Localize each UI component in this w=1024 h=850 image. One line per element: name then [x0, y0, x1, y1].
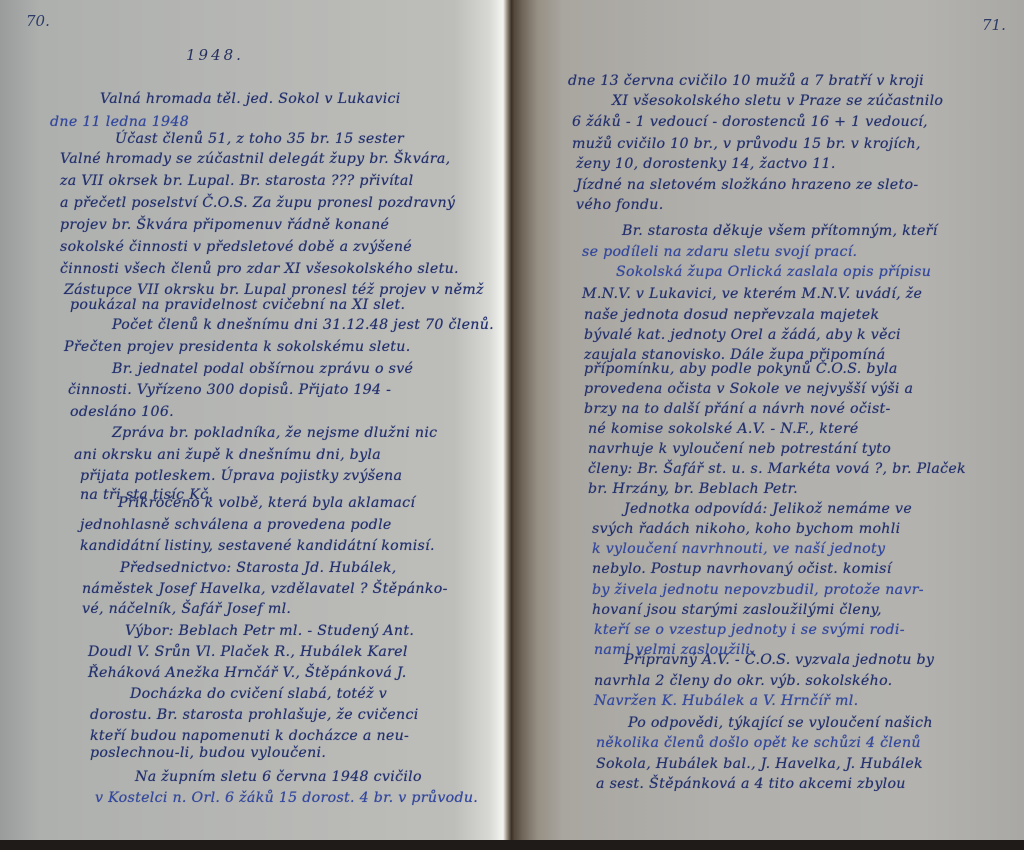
handwritten-line: Výbor: Beblach Petr ml. - Studený Ant. — [125, 622, 414, 640]
handwritten-line: Předsednictvo: Starosta Jd. Hubálek, — [120, 559, 397, 577]
handwritten-line: Sokolská župa Orlická zaslala opis přípi… — [616, 263, 931, 281]
handwritten-line: několika členů došlo opět ke schůzi 4 čl… — [596, 734, 921, 752]
left-page: 70. 1948. Valná hromada těl. jed. Sokol … — [0, 0, 505, 842]
handwritten-line: mužů cvičilo 10 br., v průvodu 15 br. v … — [572, 135, 921, 153]
handwritten-line: kandidátní listiny, sestavené kandidátní… — [80, 537, 435, 555]
handwritten-line: Na župním sletu 6 června 1948 cvičilo — [135, 768, 422, 786]
handwritten-line: né komise sokolské A.V. - N.F., které — [588, 420, 859, 438]
handwritten-line: brzy na to další přání a návrh nové očis… — [584, 400, 891, 418]
handwritten-line: poukázal na pravidelnost cvičební na XI … — [70, 296, 405, 314]
handwritten-line: k vyloučení navrhnouti, ve naší jednoty — [592, 540, 885, 558]
handwritten-line: Počet členů k dnešnímu dni 31.12.48 jest… — [112, 316, 494, 334]
handwritten-line: a přečetl poselství Č.O.S. Za župu prone… — [60, 194, 455, 212]
handwritten-line: Přikročeno k volbě, která byla aklamací — [118, 494, 415, 512]
handwritten-line: svých řadách nikoho, koho bychom mohli — [592, 520, 900, 538]
handwritten-line: projev br. Škvára připomenuv řádně konan… — [60, 216, 389, 234]
handwritten-line: Docházka do cvičení slabá, totéž v — [130, 685, 387, 703]
handwritten-line: přijata potleskem. Úprava pojistky zvýše… — [80, 467, 402, 485]
open-ledger-book: 70. 1948. Valná hromada těl. jed. Sokol … — [0, 0, 1024, 850]
handwritten-line: přípomínku, aby podle pokynů Č.O.S. byla — [584, 360, 898, 378]
page-number-left: 70. — [26, 12, 50, 30]
handwritten-line: vé, náčelník, Šafář Josef ml. — [82, 600, 291, 618]
handwritten-line: Br. jednatel podal obšírnou zprávu o své — [112, 360, 413, 378]
handwritten-line: sokolské činnosti v předsletové době a z… — [60, 238, 412, 256]
handwritten-line: v Kostelci n. Orl. 6 žáků 15 dorost. 4 b… — [95, 789, 478, 807]
handwritten-line: činnosti. Vyřízeno 300 dopisů. Přijato 1… — [68, 381, 391, 399]
handwritten-line: jednohlasně schválena a provedena podle — [80, 516, 392, 534]
book-spine — [503, 0, 515, 850]
handwritten-line: bývalé kat. jednoty Orel a žádá, aby k v… — [584, 326, 901, 344]
handwritten-line: navrhuje k vyloučení neb potrestání tyto — [588, 440, 891, 458]
handwritten-line: Přečten projev presidenta k sokolskému s… — [64, 338, 411, 356]
handwritten-line: se podíleli na zdaru sletu svojí prací. — [582, 243, 857, 261]
handwritten-line: Sokola, Hubálek bal., J. Havelka, J. Hub… — [596, 755, 923, 773]
handwritten-line: Zpráva br. pokladníka, že nejsme dlužni … — [112, 424, 437, 442]
page-number-right: 71. — [982, 16, 1006, 34]
handwritten-line: poslechnou-li, budou vyloučeni. — [90, 744, 326, 762]
handwritten-line: ani okrsku ani župě k dnešnímu dni, byla — [74, 446, 381, 464]
book-bottom-edge — [0, 840, 1024, 850]
handwritten-line: Účast členů 51, z toho 35 br. 15 sester — [115, 130, 404, 148]
handwritten-line: kteří se o vzestup jednoty i se svými ro… — [594, 621, 905, 639]
handwritten-line: by živela jednotu nepovzbudil, protože n… — [592, 581, 924, 599]
handwritten-line: Valné hromady se zúčastnil delegát župy … — [60, 150, 450, 168]
handwritten-line: dne 13 června cvičilo 10 mužů a 7 bratří… — [568, 72, 924, 90]
handwritten-line: odesláno 106. — [70, 403, 174, 421]
handwritten-line: náměstek Josef Havelka, vzdělavatel ? Št… — [82, 580, 448, 598]
handwritten-line: naše jednota dosud nepřevzala majetek — [584, 306, 879, 324]
handwritten-line: činnosti všech členů pro zdar XI všesoko… — [60, 260, 459, 278]
handwritten-line: Valná hromada těl. jed. Sokol v Lukavici — [100, 90, 401, 108]
handwritten-line: br. Hrzány, br. Beblach Petr. — [588, 480, 798, 498]
handwritten-line: Po odpovědi, týkající se vyloučení našic… — [628, 714, 933, 732]
handwritten-line: a sest. Štěpánková a 4 tito akcemi zbylo… — [596, 775, 906, 793]
handwritten-line: dne 11 ledna 1948 — [50, 113, 189, 131]
handwritten-line: navrhla 2 členy do okr. výb. sokolského. — [594, 672, 892, 690]
handwritten-line: hovaní jsou starými zasloužilými členy, — [592, 601, 882, 619]
handwritten-line: dorostu. Br. starosta prohlašuje, že cvi… — [90, 706, 419, 724]
handwritten-line: Jednotka odpovídá: Jelikož nemáme ve — [624, 500, 912, 518]
handwritten-line: ženy 10, dorostenky 14, žactvo 11. — [576, 155, 836, 173]
handwritten-line: M.N.V. v Lukavici, ve kterém M.N.V. uvád… — [582, 285, 922, 303]
handwritten-line: provedena očista v Sokole ve nejvyšší vý… — [584, 380, 913, 398]
handwritten-line: za VII okrsek br. Lupal. Br. starosta ??… — [60, 172, 413, 190]
handwritten-line: Řeháková Anežka Hrnčář V., Štěpánková J. — [88, 664, 407, 682]
year-heading: 1948. — [186, 46, 244, 64]
handwritten-line: XI všesokolského sletu v Praze se zúčast… — [612, 92, 943, 110]
handwritten-line: nebylo. Postup navrhovaný očist. komisí — [592, 560, 892, 578]
handwritten-line: kteří budou napomenuti k docházce a neu- — [90, 727, 409, 745]
handwritten-line: Přípravný A.V. - Č.O.S. vyzvala jednotu … — [624, 651, 934, 669]
handwritten-line: Br. starosta děkuje všem přítomným, kteř… — [622, 222, 938, 240]
right-page: 71. dne 13 června cvičilo 10 mužů a 7 br… — [512, 0, 1024, 842]
handwritten-line: Jízdné na sletovém složkáno hrazeno ze s… — [576, 176, 918, 194]
handwritten-line: členy: Br. Šafář st. u. s. Markéta vová … — [588, 460, 966, 478]
handwritten-line: Doudl V. Srůn Vl. Plaček R., Hubálek Kar… — [88, 643, 408, 661]
handwritten-line: 6 žáků - 1 vedoucí - dorostenců 16 + 1 v… — [572, 113, 928, 131]
handwritten-line: Navržen K. Hubálek a V. Hrnčíř ml. — [594, 692, 858, 710]
handwritten-line: vého fondu. — [576, 196, 664, 214]
